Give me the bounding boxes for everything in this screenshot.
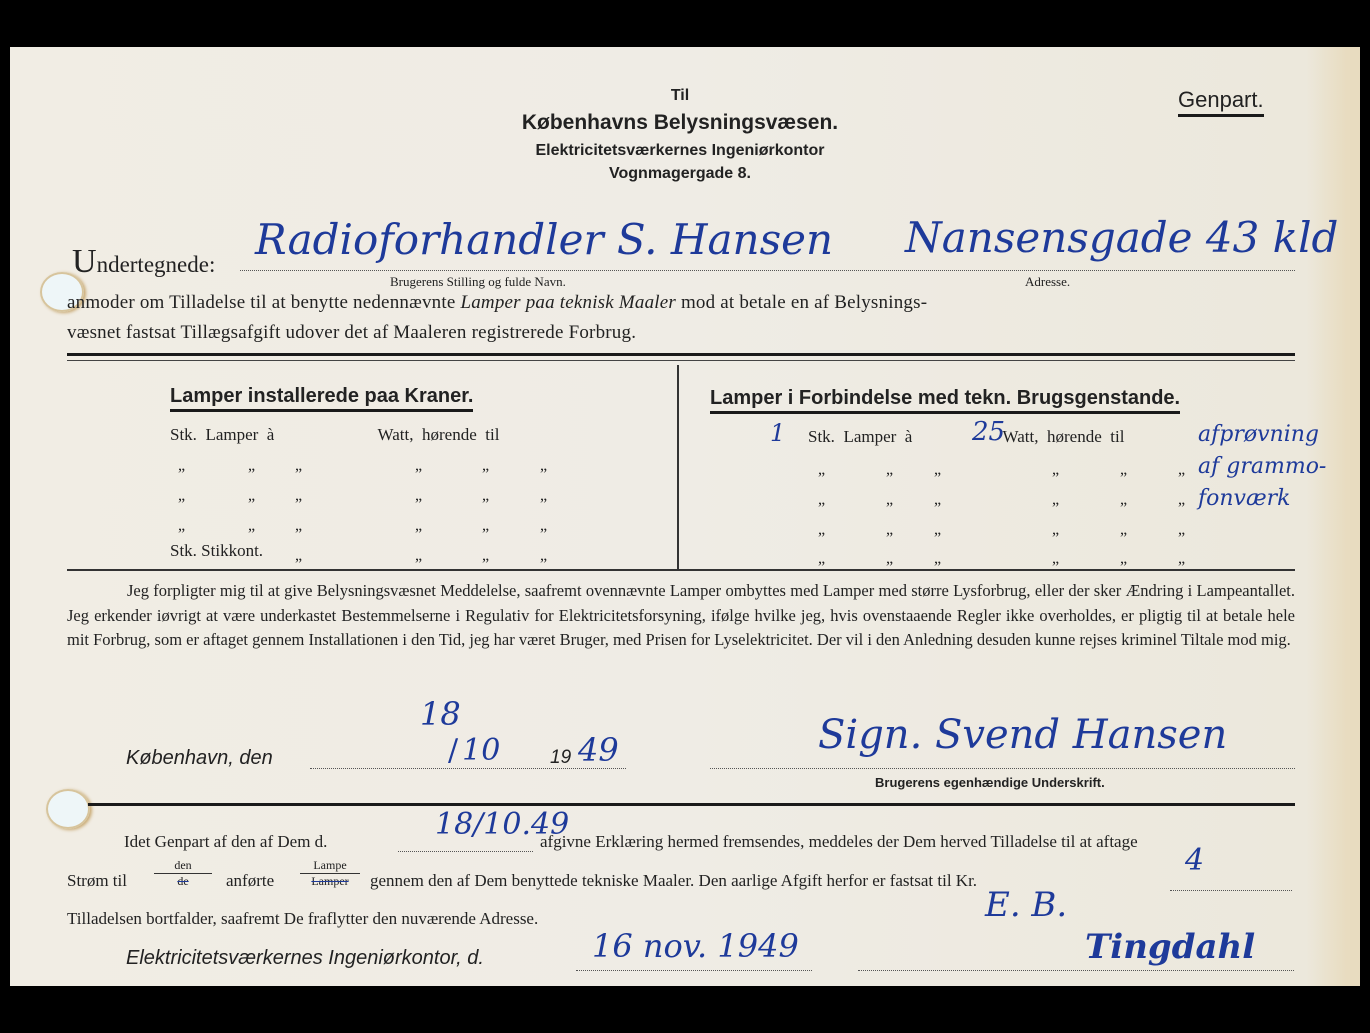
request-text-a: anmoder om Tilladelse til at benytte ned… xyxy=(67,292,460,313)
official-signature-dotted-line xyxy=(858,969,1294,971)
ditto-mark: „ xyxy=(1052,461,1059,479)
drop-cap: U xyxy=(72,243,97,280)
office-date-dotted-line xyxy=(576,969,812,971)
approval-text-b: afgivne Erklæring hermed fremsendes, med… xyxy=(540,832,1138,852)
place-label: København, den xyxy=(126,747,273,770)
signature-dotted-line xyxy=(710,767,1295,769)
ditto-mark: „ xyxy=(1120,491,1127,509)
request-line-1: anmoder om Tilladelse til at benytte ned… xyxy=(67,292,1297,314)
ditto-mark: „ xyxy=(415,487,422,505)
ditto-mark: „ xyxy=(1178,491,1185,509)
approval-date-dotted-line xyxy=(398,850,533,852)
ditto-mark: „ xyxy=(415,517,422,535)
ditto-mark: „ xyxy=(248,517,255,535)
ditto-mark: „ xyxy=(178,517,185,535)
lamp-watt-field[interactable]: 25 xyxy=(972,417,1005,447)
applicant-label-rest: ndertegnede: xyxy=(97,252,216,277)
ditto-mark: „ xyxy=(1178,550,1185,568)
punch-hole-bottom xyxy=(46,789,90,829)
request-text-b: mod at betale en af Belysnings- xyxy=(676,292,927,313)
fraction-top: den xyxy=(154,858,212,874)
fee-dotted-line xyxy=(1170,889,1292,891)
fraction-bottom-struck: de xyxy=(154,874,212,889)
approval-text-anforte: anførte xyxy=(226,871,274,891)
purpose-line-1: afprøvning xyxy=(1198,419,1326,451)
official-signature: Tingdahl xyxy=(1085,927,1255,967)
applicant-label: Undertegnede: xyxy=(72,243,215,281)
office-date-label: Elektricitetsværkernes Ingeniørkontor, d… xyxy=(126,947,484,970)
left-section-title: Lamper installerede paa Kraner. xyxy=(170,385,473,412)
horende-label: hørende xyxy=(422,425,477,444)
applicant-signature-field[interactable]: Sign. Svend Hansen xyxy=(818,712,1227,758)
ditto-mark: „ xyxy=(934,521,941,539)
fraction-top: Lampe xyxy=(300,858,360,874)
ditto-mark: „ xyxy=(1120,521,1127,539)
ditto-mark: „ xyxy=(818,461,825,479)
form-sheet: Til Københavns Belysningsvæsen. Elektric… xyxy=(10,47,1360,986)
name-caption: Brugerens Stilling og fulde Navn. xyxy=(390,274,566,290)
section-divider-top xyxy=(67,353,1295,356)
approval-line-1: Idet Genpart af den af Dem d. xyxy=(124,832,327,852)
til-label: til xyxy=(1110,427,1124,446)
lamp-count-field[interactable]: 1 xyxy=(770,419,785,447)
signature-caption: Brugerens egenhændige Underskrift. xyxy=(875,775,1105,790)
ditto-mark: „ xyxy=(818,550,825,568)
ditto-mark: „ xyxy=(482,547,489,565)
fraction-lampe-lamper[interactable]: Lampe Lamper xyxy=(300,858,360,889)
horende-label: hørende xyxy=(1047,427,1102,446)
date-slash: / xyxy=(448,733,458,768)
ditto-mark: „ xyxy=(1052,550,1059,568)
header-address: Vognmagergade 8. xyxy=(430,165,930,183)
a-label: à xyxy=(905,427,913,446)
ditto-mark: „ xyxy=(482,517,489,535)
ditto-mark: „ xyxy=(1052,521,1059,539)
ditto-mark: „ xyxy=(934,491,941,509)
purpose-line-2: af grammo- xyxy=(1198,451,1326,483)
ditto-mark: „ xyxy=(934,550,941,568)
left-row-header: Stk. Lamper à Watt, hørende til xyxy=(170,425,499,445)
header-office: Elektricitetsværkernes Ingeniørkontor xyxy=(430,142,930,160)
right-row-header: Stk. Lamper à Watt, hørende til xyxy=(808,427,1124,447)
ditto-mark: „ xyxy=(540,547,547,565)
ditto-mark: „ xyxy=(818,491,825,509)
lamper-label: Lamper xyxy=(843,427,896,446)
right-section-title: Lamper i Forbindelse med tekn. Brugsgens… xyxy=(710,387,1180,414)
applicant-dotted-line xyxy=(240,269,1295,271)
request-text-italic: Lamper paa teknisk Maaler xyxy=(460,292,676,313)
ditto-mark: „ xyxy=(540,487,547,505)
ditto-mark: „ xyxy=(818,521,825,539)
ditto-mark: „ xyxy=(295,547,302,565)
office-date-field[interactable]: 16 nov. 1949 xyxy=(592,927,799,965)
ditto-mark: „ xyxy=(1120,461,1127,479)
ditto-mark: „ xyxy=(540,517,547,535)
watt-label: Watt, xyxy=(378,425,414,444)
ditto-mark: „ xyxy=(886,550,893,568)
ditto-mark: „ xyxy=(886,521,893,539)
address-caption: Adresse. xyxy=(1025,274,1070,290)
approval-divider xyxy=(88,803,1295,806)
purpose-line-3: fonværk xyxy=(1198,483,1326,515)
fee-field[interactable]: 4 xyxy=(1185,843,1204,878)
stikkont-label: Stk. Stikkont. xyxy=(170,541,263,561)
request-line-2: væsnet fastsat Tillægsafgift udover det … xyxy=(67,322,636,344)
year-prefix: 19 xyxy=(550,747,571,769)
date-day-field[interactable]: 18 xyxy=(420,695,461,733)
header-organization: Københavns Belysningsvæsen. xyxy=(430,111,930,135)
year-field[interactable]: 49 xyxy=(578,731,619,769)
ditto-mark: „ xyxy=(482,457,489,475)
ditto-mark: „ xyxy=(295,517,302,535)
header-to: Til xyxy=(480,87,880,105)
approval-line-3: Tilladelsen bortfalder, saafremt De fraf… xyxy=(67,909,538,929)
fraction-bottom-struck: Lamper xyxy=(300,874,360,889)
ditto-mark: „ xyxy=(295,487,302,505)
ditto-mark: „ xyxy=(178,457,185,475)
column-divider xyxy=(677,365,679,569)
approval-text-strom: Strøm til xyxy=(67,871,127,891)
approval-text-c: gennem den af Dem benyttede tekniske Maa… xyxy=(370,871,977,891)
ditto-mark: „ xyxy=(1120,550,1127,568)
ditto-mark: „ xyxy=(415,547,422,565)
applicant-address-field[interactable]: Nansensgade 43 kld xyxy=(905,213,1338,262)
declaration-paragraph: Jeg forpligter mig til at give Belysning… xyxy=(67,579,1295,653)
lamper-label: Lamper xyxy=(205,425,258,444)
ditto-mark: „ xyxy=(934,461,941,479)
ditto-mark: „ xyxy=(540,457,547,475)
official-initials: E. B. xyxy=(985,885,1067,925)
ditto-mark: „ xyxy=(295,457,302,475)
ditto-mark: „ xyxy=(1178,461,1185,479)
date-month-value: 10 xyxy=(462,733,500,768)
ditto-mark: „ xyxy=(415,457,422,475)
table-bottom-rule xyxy=(67,569,1295,571)
ditto-mark: „ xyxy=(886,491,893,509)
section-divider-top-thin xyxy=(67,360,1295,361)
ditto-mark: „ xyxy=(1052,491,1059,509)
date-month-field[interactable]: /10 xyxy=(448,733,500,768)
til-label: til xyxy=(485,425,499,444)
fraction-den-de[interactable]: den de xyxy=(154,858,212,889)
applicant-name-field[interactable]: Radioforhandler S. Hansen xyxy=(255,215,833,264)
stk-label: Stk. xyxy=(808,427,835,446)
ditto-mark: „ xyxy=(248,457,255,475)
ditto-mark: „ xyxy=(1178,521,1185,539)
ditto-mark: „ xyxy=(248,487,255,505)
a-label: à xyxy=(267,425,275,444)
ditto-mark: „ xyxy=(886,461,893,479)
ditto-mark: „ xyxy=(178,487,185,505)
ditto-mark: „ xyxy=(482,487,489,505)
stk-label: Stk. xyxy=(170,425,197,444)
copy-label: Genpart. xyxy=(1178,87,1264,117)
lamp-purpose-field[interactable]: afprøvning af grammo- fonværk xyxy=(1198,419,1326,515)
watt-label: Watt, xyxy=(1003,427,1039,446)
approval-text-a: Idet Genpart af den af Dem d. xyxy=(124,832,327,851)
